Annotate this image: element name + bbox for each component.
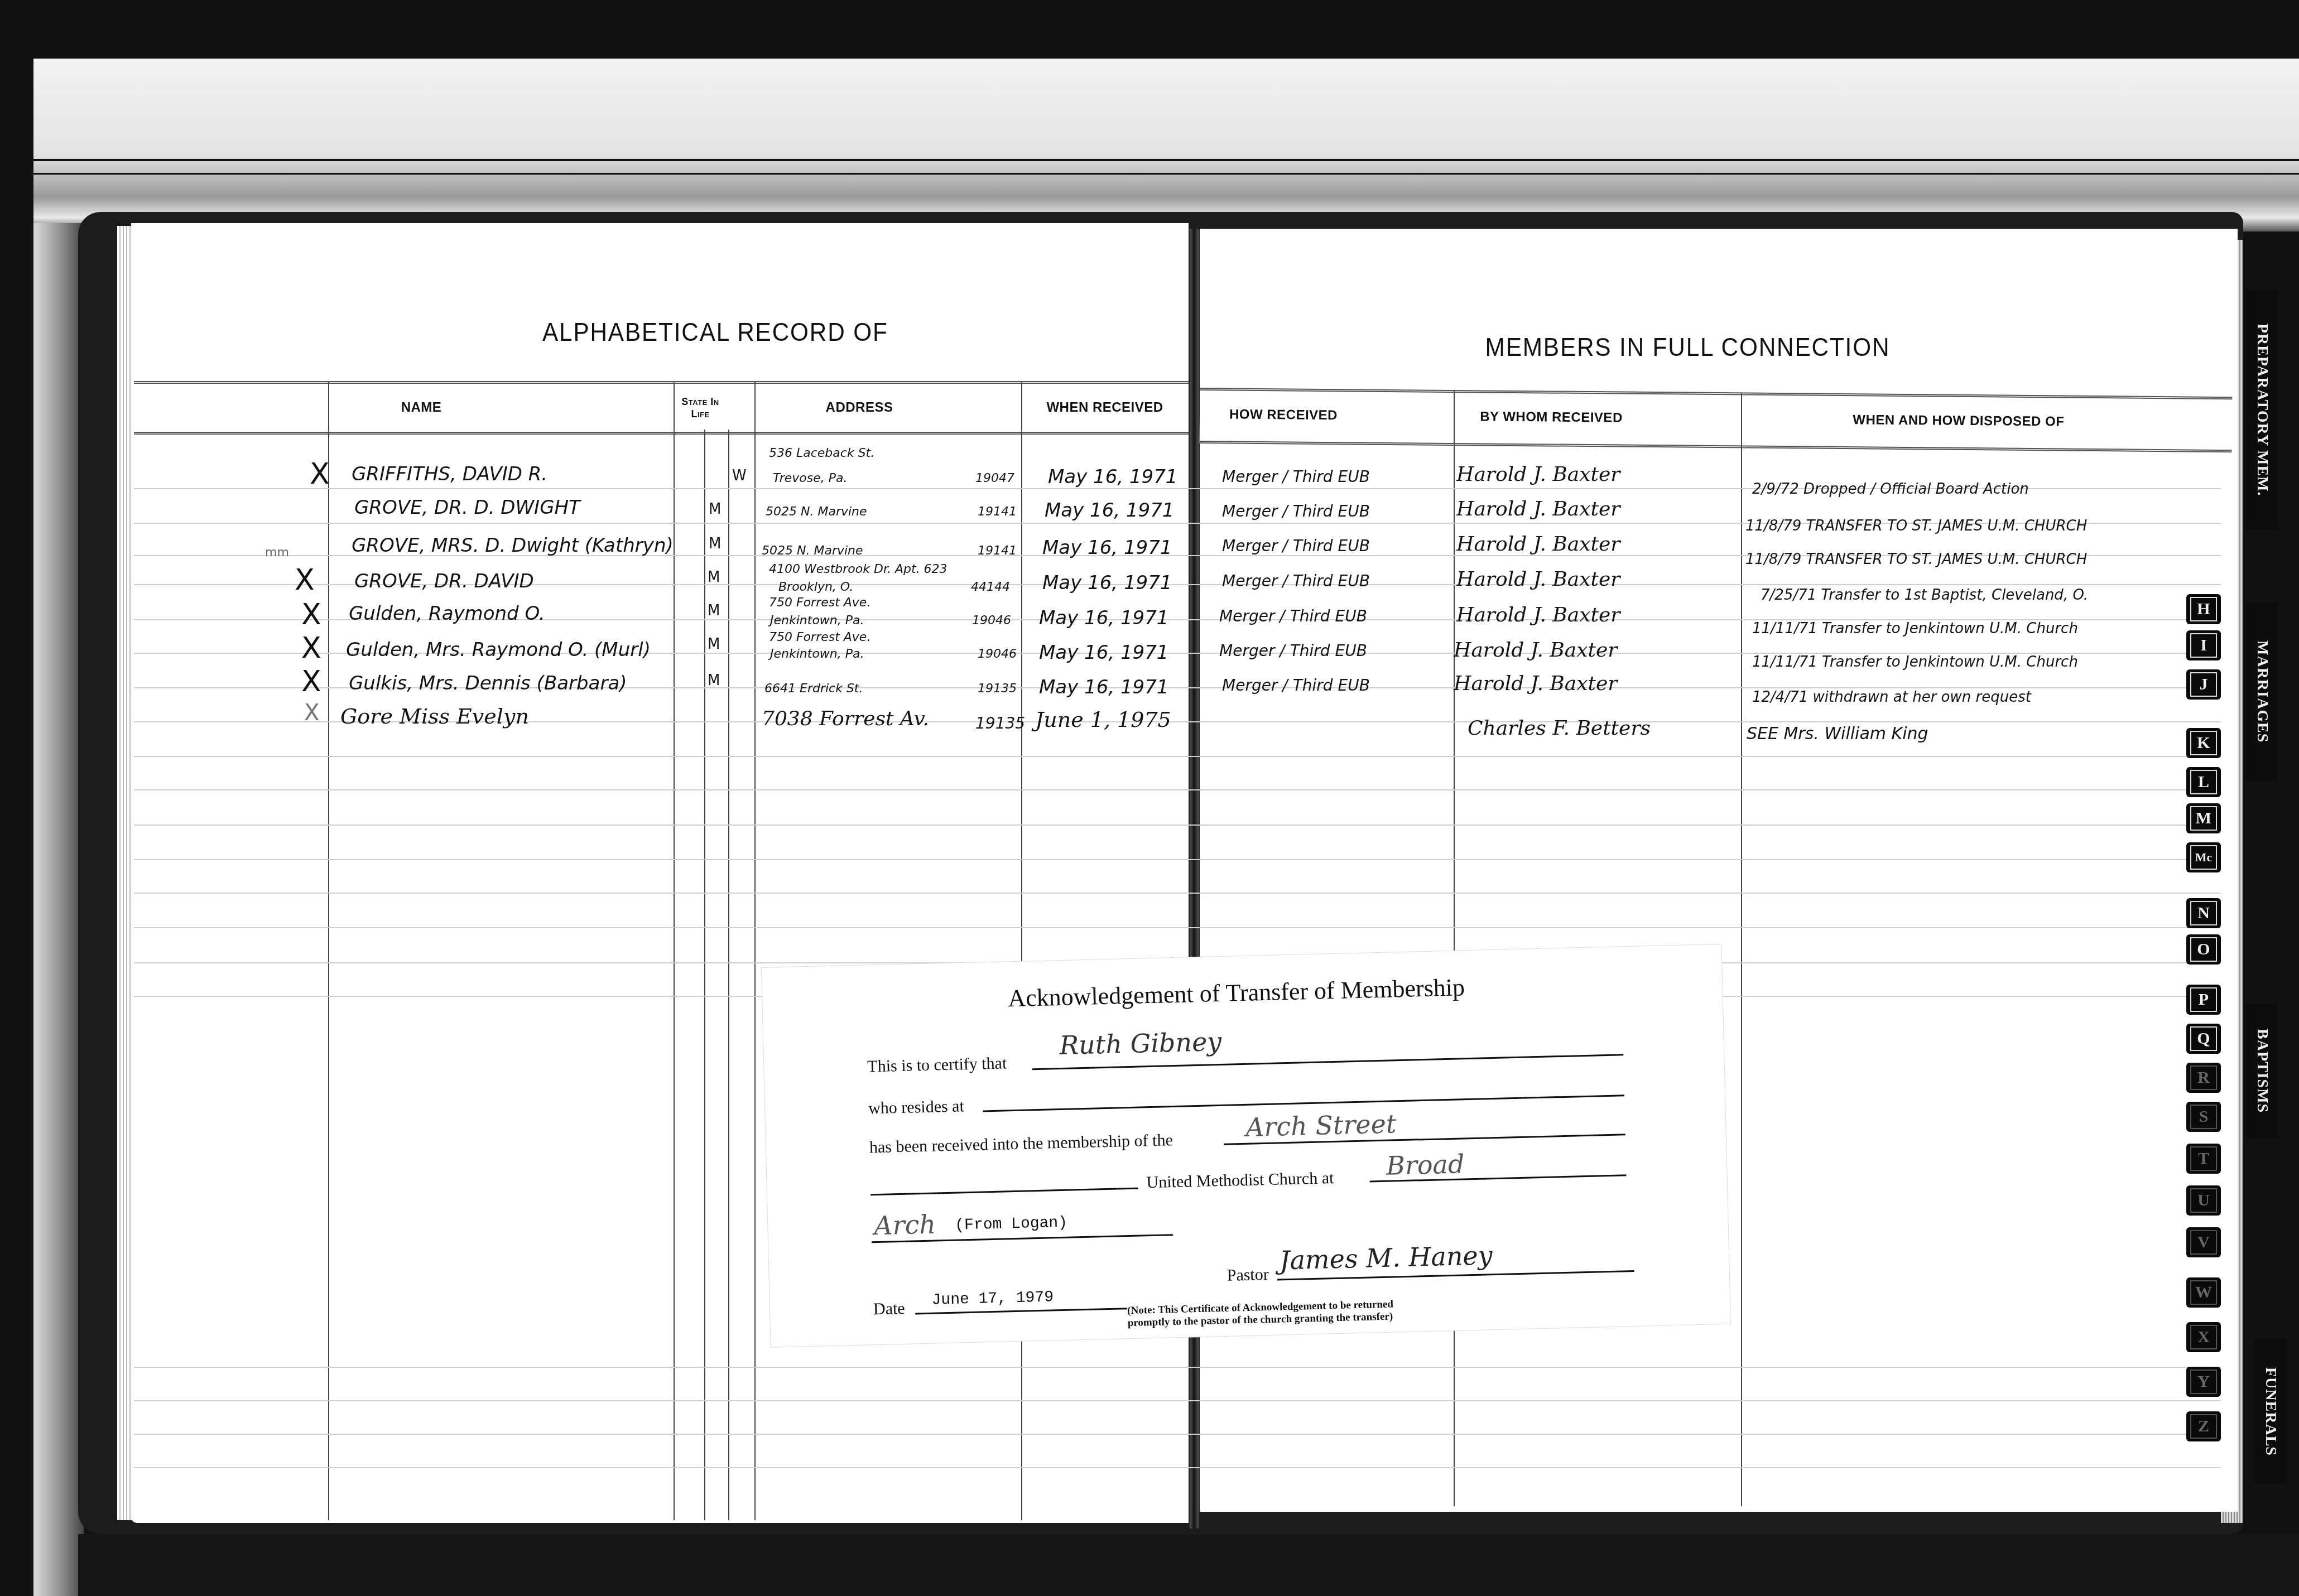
letter-tab-q[interactable]: Q	[2186, 1024, 2221, 1054]
record-name: Gulkis, Mrs. Dennis (Barbara)	[349, 672, 627, 695]
letter-tab-label: Z	[2190, 1414, 2217, 1439]
letter-tab-y[interactable]: Y	[2186, 1367, 2221, 1397]
record-when-received: June 1, 1975	[1035, 707, 1171, 732]
letter-tab-i[interactable]: I	[2186, 630, 2221, 660]
letter-tab-label: T	[2190, 1146, 2217, 1171]
record-state-in-life: M	[708, 636, 720, 653]
letter-tab-k[interactable]: K	[2186, 728, 2221, 758]
letter-tab-l[interactable]: L	[2186, 767, 2221, 797]
certificate-label-umc: United Methodist Church at	[1146, 1169, 1334, 1192]
certificate-note: (Note: This Certificate of Acknowledgeme…	[1127, 1299, 1394, 1330]
column-header-state-line2: Life	[691, 408, 709, 420]
record-address-line2: 6641 Erdrick St.	[764, 682, 863, 696]
certificate-label-date: Date	[873, 1299, 905, 1319]
letter-tab-n[interactable]: N	[2186, 898, 2221, 928]
record-how-received: Merger / Third EUB	[1222, 676, 1370, 695]
record-zip: 19135	[975, 714, 1025, 732]
record-zip: 44144	[971, 580, 1010, 594]
certificate-typed-note: (From Logan)	[955, 1214, 1067, 1235]
record-when-received: May 16, 1971	[1039, 676, 1169, 698]
column-header-by-whom-received: BY WHOM RECEIVED	[1462, 393, 1641, 442]
column-header-how-received: HOW RECEIVED	[1211, 390, 1357, 440]
column-rule	[328, 382, 329, 1520]
row-rule	[134, 893, 2221, 894]
letter-tab-mc[interactable]: Mc	[2186, 842, 2221, 872]
letter-tab-v[interactable]: V	[2186, 1227, 2221, 1257]
record-when-received: May 16, 1971	[1042, 537, 1172, 559]
record-address-line2: 7038 Forrest Av.	[762, 707, 929, 730]
column-header-state-line1: State In	[681, 396, 719, 408]
record-when-received: May 16, 1971	[1045, 499, 1175, 522]
row-rule	[134, 927, 2221, 928]
record-zip: 19046	[972, 614, 1011, 628]
letter-tab-j[interactable]: J	[2186, 669, 2221, 700]
record-by-whom: Harold J. Baxter	[1454, 672, 1617, 695]
letter-tab-x[interactable]: X	[2186, 1322, 2221, 1352]
record-by-whom: Harold J. Baxter	[1456, 533, 1620, 556]
row-rule	[134, 789, 2221, 790]
record-state-in-life: M	[709, 536, 721, 552]
record-by-whom: Charles F. Betters	[1468, 717, 1651, 740]
letter-tab-o[interactable]: O	[2186, 934, 2221, 965]
record-address-line2: Jenkintown, Pa.	[770, 614, 864, 628]
scan-background-left	[33, 223, 84, 1596]
letter-tab-label: N	[2190, 901, 2217, 925]
record-address-line2: 5025 N. Marvine	[766, 505, 867, 519]
letter-tab-w[interactable]: W	[2186, 1277, 2221, 1308]
record-by-whom: Harold J. Baxter	[1454, 639, 1617, 662]
letter-tab-label: Mc	[2190, 845, 2217, 870]
certificate-line	[870, 1188, 1138, 1196]
column-rule	[704, 430, 705, 1520]
record-when-received: May 16, 1971	[1039, 607, 1169, 629]
record-disposed: 11/8/79 TRANSFER TO ST. JAMES U.M. CHURC…	[1745, 551, 2087, 568]
scan-background-bottom	[78, 1534, 2299, 1596]
record-by-whom: Harold J. Baxter	[1456, 604, 1620, 626]
record-name: GROVE, DR. DAVID	[354, 570, 534, 592]
record-disposed: 11/8/79 TRANSFER TO ST. JAMES U.M. CHURC…	[1745, 518, 2087, 534]
letter-tab-r[interactable]: R	[2186, 1063, 2221, 1093]
letter-tab-s[interactable]: S	[2186, 1102, 2221, 1132]
certificate-member-name: Ruth Gibney	[1059, 1026, 1222, 1060]
letter-tab-label: Y	[2190, 1370, 2217, 1394]
row-rule	[134, 859, 2221, 860]
record-when-received: May 16, 1971	[1039, 642, 1169, 664]
cross-mark: X	[301, 598, 321, 631]
certificate-label-resides: who resides at	[868, 1097, 964, 1118]
record-address-line2: Trevose, Pa.	[773, 471, 848, 485]
column-header-state-in-life: State In Life	[672, 384, 728, 432]
record-when-received: May 16, 1971	[1048, 466, 1178, 488]
cross-mark: X	[301, 665, 321, 698]
record-address-line1: 750 Forrest Ave.	[769, 630, 870, 644]
right-header-row: HOW RECEIVED BY WHOM RECEIVED WHEN AND H…	[1200, 388, 2233, 452]
letter-tab-label: M	[2190, 806, 2217, 831]
record-how-received: Merger / Third EUB	[1219, 642, 1367, 660]
record-address-line1: 750 Forrest Ave.	[769, 596, 870, 610]
record-disposed: 7/25/71 Transfer to 1st Baptist, Clevela…	[1761, 587, 2088, 604]
record-by-whom: Harold J. Baxter	[1456, 568, 1620, 591]
certificate-church-location: Broad	[1386, 1149, 1465, 1180]
letter-tab-label: S	[2190, 1105, 2217, 1129]
record-when-received: May 16, 1971	[1042, 572, 1172, 594]
record-disposed: 2/9/72 Dropped / Official Board Action	[1752, 481, 2029, 498]
column-header-address: ADDRESS	[764, 384, 954, 432]
record-how-received: Merger / Third EUB	[1222, 572, 1370, 590]
column-header-name: NAME	[326, 384, 516, 432]
letter-tab-label: L	[2190, 770, 2217, 794]
letter-tab-u[interactable]: U	[2186, 1185, 2221, 1216]
letter-tab-z[interactable]: Z	[2186, 1411, 2221, 1441]
letter-tab-t[interactable]: T	[2186, 1144, 2221, 1174]
column-rule	[674, 382, 675, 1520]
record-address-line2: 5025 N. Marvine	[762, 544, 863, 558]
record-name: Gulden, Mrs. Raymond O. (Murl)	[346, 639, 651, 661]
column-rule	[754, 382, 756, 1520]
certificate-label-received: has been received into the membership of…	[869, 1131, 1173, 1157]
left-page-title: ALPHABETICAL RECORD OF	[542, 317, 888, 347]
row-rule	[134, 756, 2221, 757]
certificate-label-certify: This is to certify that	[867, 1054, 1007, 1076]
certificate-title: Acknowledgement of Transfer of Membershi…	[1008, 973, 1465, 1012]
record-name: GROVE, DR. D. DWIGHT	[354, 496, 580, 519]
record-zip: 19135	[978, 682, 1017, 696]
record-name: Gulden, Raymond O.	[349, 602, 545, 625]
certificate-line	[983, 1094, 1624, 1112]
transfer-acknowledgement-card: Acknowledgement of Transfer of Membershi…	[762, 944, 1730, 1347]
record-zip: 19046	[978, 647, 1017, 661]
certificate-label-pastor: Pastor	[1227, 1265, 1269, 1285]
record-by-whom: Harold J. Baxter	[1456, 498, 1620, 520]
right-page-title: MEMBERS IN FULL CONNECTION	[1485, 332, 1891, 362]
row-rule	[134, 824, 2221, 826]
column-rule	[1741, 393, 1742, 1506]
record-address-line2: Jenkintown, Pa.	[770, 647, 864, 661]
letter-tab-label: V	[2190, 1230, 2217, 1255]
letter-tab-label: X	[2190, 1325, 2217, 1349]
pastor-signature: James M. Haney	[1279, 1240, 1493, 1275]
row-rule	[134, 1434, 2221, 1435]
cross-mark: X	[304, 700, 319, 726]
letter-tab-label: K	[2190, 731, 2217, 755]
scan-rule	[33, 173, 2299, 175]
record-how-received: Merger / Third EUB	[1222, 502, 1370, 520]
record-name: GROVE, MRS. D. Dwight (Kathryn)	[352, 534, 674, 557]
tab-baptisms[interactable]: BAPTISMS	[2246, 1004, 2278, 1138]
record-disposed: 11/11/71 Transfer to Jenkintown U.M. Chu…	[1752, 654, 2078, 671]
record-how-received: Merger / Third EUB	[1219, 607, 1367, 625]
record-address-line2: Brooklyn, O.	[778, 580, 853, 594]
letter-tab-h[interactable]: H	[2186, 594, 2221, 624]
letter-tab-label: J	[2190, 672, 2217, 697]
tab-funerals[interactable]: FUNERALS	[2254, 1339, 2287, 1484]
cross-mark: X	[301, 631, 321, 665]
record-disposed: SEE Mrs. William King	[1747, 724, 1928, 744]
cross-mark: X	[310, 457, 330, 491]
letter-tab-p[interactable]: P	[2186, 985, 2221, 1015]
record-address-line1: 4100 Westbrook Dr. Apt. 623	[769, 562, 948, 576]
certificate-date: June 17, 1979	[931, 1289, 1054, 1309]
page-edges-left	[117, 226, 133, 1520]
letter-tab-label: I	[2190, 633, 2217, 658]
record-how-received: Merger / Third EUB	[1222, 467, 1370, 486]
letter-tab-label: W	[2190, 1280, 2217, 1305]
letter-tab-label: P	[2190, 987, 2217, 1012]
tab-marriages[interactable]: MARRIAGES	[2246, 602, 2278, 781]
column-rule	[1454, 390, 1455, 1506]
record-state-in-life: W	[732, 467, 747, 484]
column-header-when-received: WHEN RECEIVED	[1024, 384, 1186, 432]
record-state-in-life: M	[708, 672, 720, 689]
record-how-received: Merger / Third EUB	[1222, 537, 1370, 555]
letter-tab-label: Q	[2190, 1026, 2217, 1051]
record-address-line1: 536 Laceback St.	[769, 446, 874, 460]
record-zip: 19141	[978, 544, 1017, 558]
letter-tab-label: O	[2190, 937, 2217, 962]
letter-tab-label: U	[2190, 1188, 2217, 1213]
letter-tab-label: R	[2190, 1065, 2217, 1090]
certificate-location-continued: Arch	[874, 1209, 936, 1241]
row-rule	[134, 1367, 2221, 1368]
record-by-whom: Harold J. Baxter	[1456, 463, 1620, 486]
margin-note: mm	[265, 546, 289, 560]
record-disposed: 11/11/71 Transfer to Jenkintown U.M. Chu…	[1752, 620, 2078, 637]
record-zip: 19141	[978, 505, 1017, 519]
scan-background-top	[33, 59, 2299, 232]
certificate-church-name: Arch Street	[1245, 1108, 1397, 1142]
scan-rule	[33, 159, 2299, 161]
column-rule	[728, 430, 729, 1520]
column-rule	[1021, 382, 1022, 1520]
record-state-in-life: M	[708, 602, 720, 619]
record-state-in-life: M	[709, 501, 721, 518]
record-state-in-life: M	[708, 569, 720, 586]
column-header-when-how-disposed: WHEN AND HOW DISPOSED OF	[1802, 396, 2115, 446]
tab-preparatory-members[interactable]: PREPARATORY MEM.	[2246, 290, 2278, 530]
letter-tab-m[interactable]: M	[2186, 803, 2221, 833]
letter-tab-label: H	[2190, 597, 2217, 621]
row-rule	[134, 1400, 2221, 1401]
record-zip: 19047	[975, 471, 1014, 485]
record-disposed: 12/4/71 withdrawn at her own request	[1752, 689, 2031, 706]
record-name: GRIFFITHS, DAVID R.	[352, 463, 547, 485]
left-header-row: NAME State In Life ADDRESS WHEN RECEIVED	[134, 381, 1189, 435]
record-name: Gore Miss Evelyn	[340, 704, 529, 729]
cross-mark: X	[295, 563, 315, 597]
row-rule	[134, 1467, 2221, 1468]
